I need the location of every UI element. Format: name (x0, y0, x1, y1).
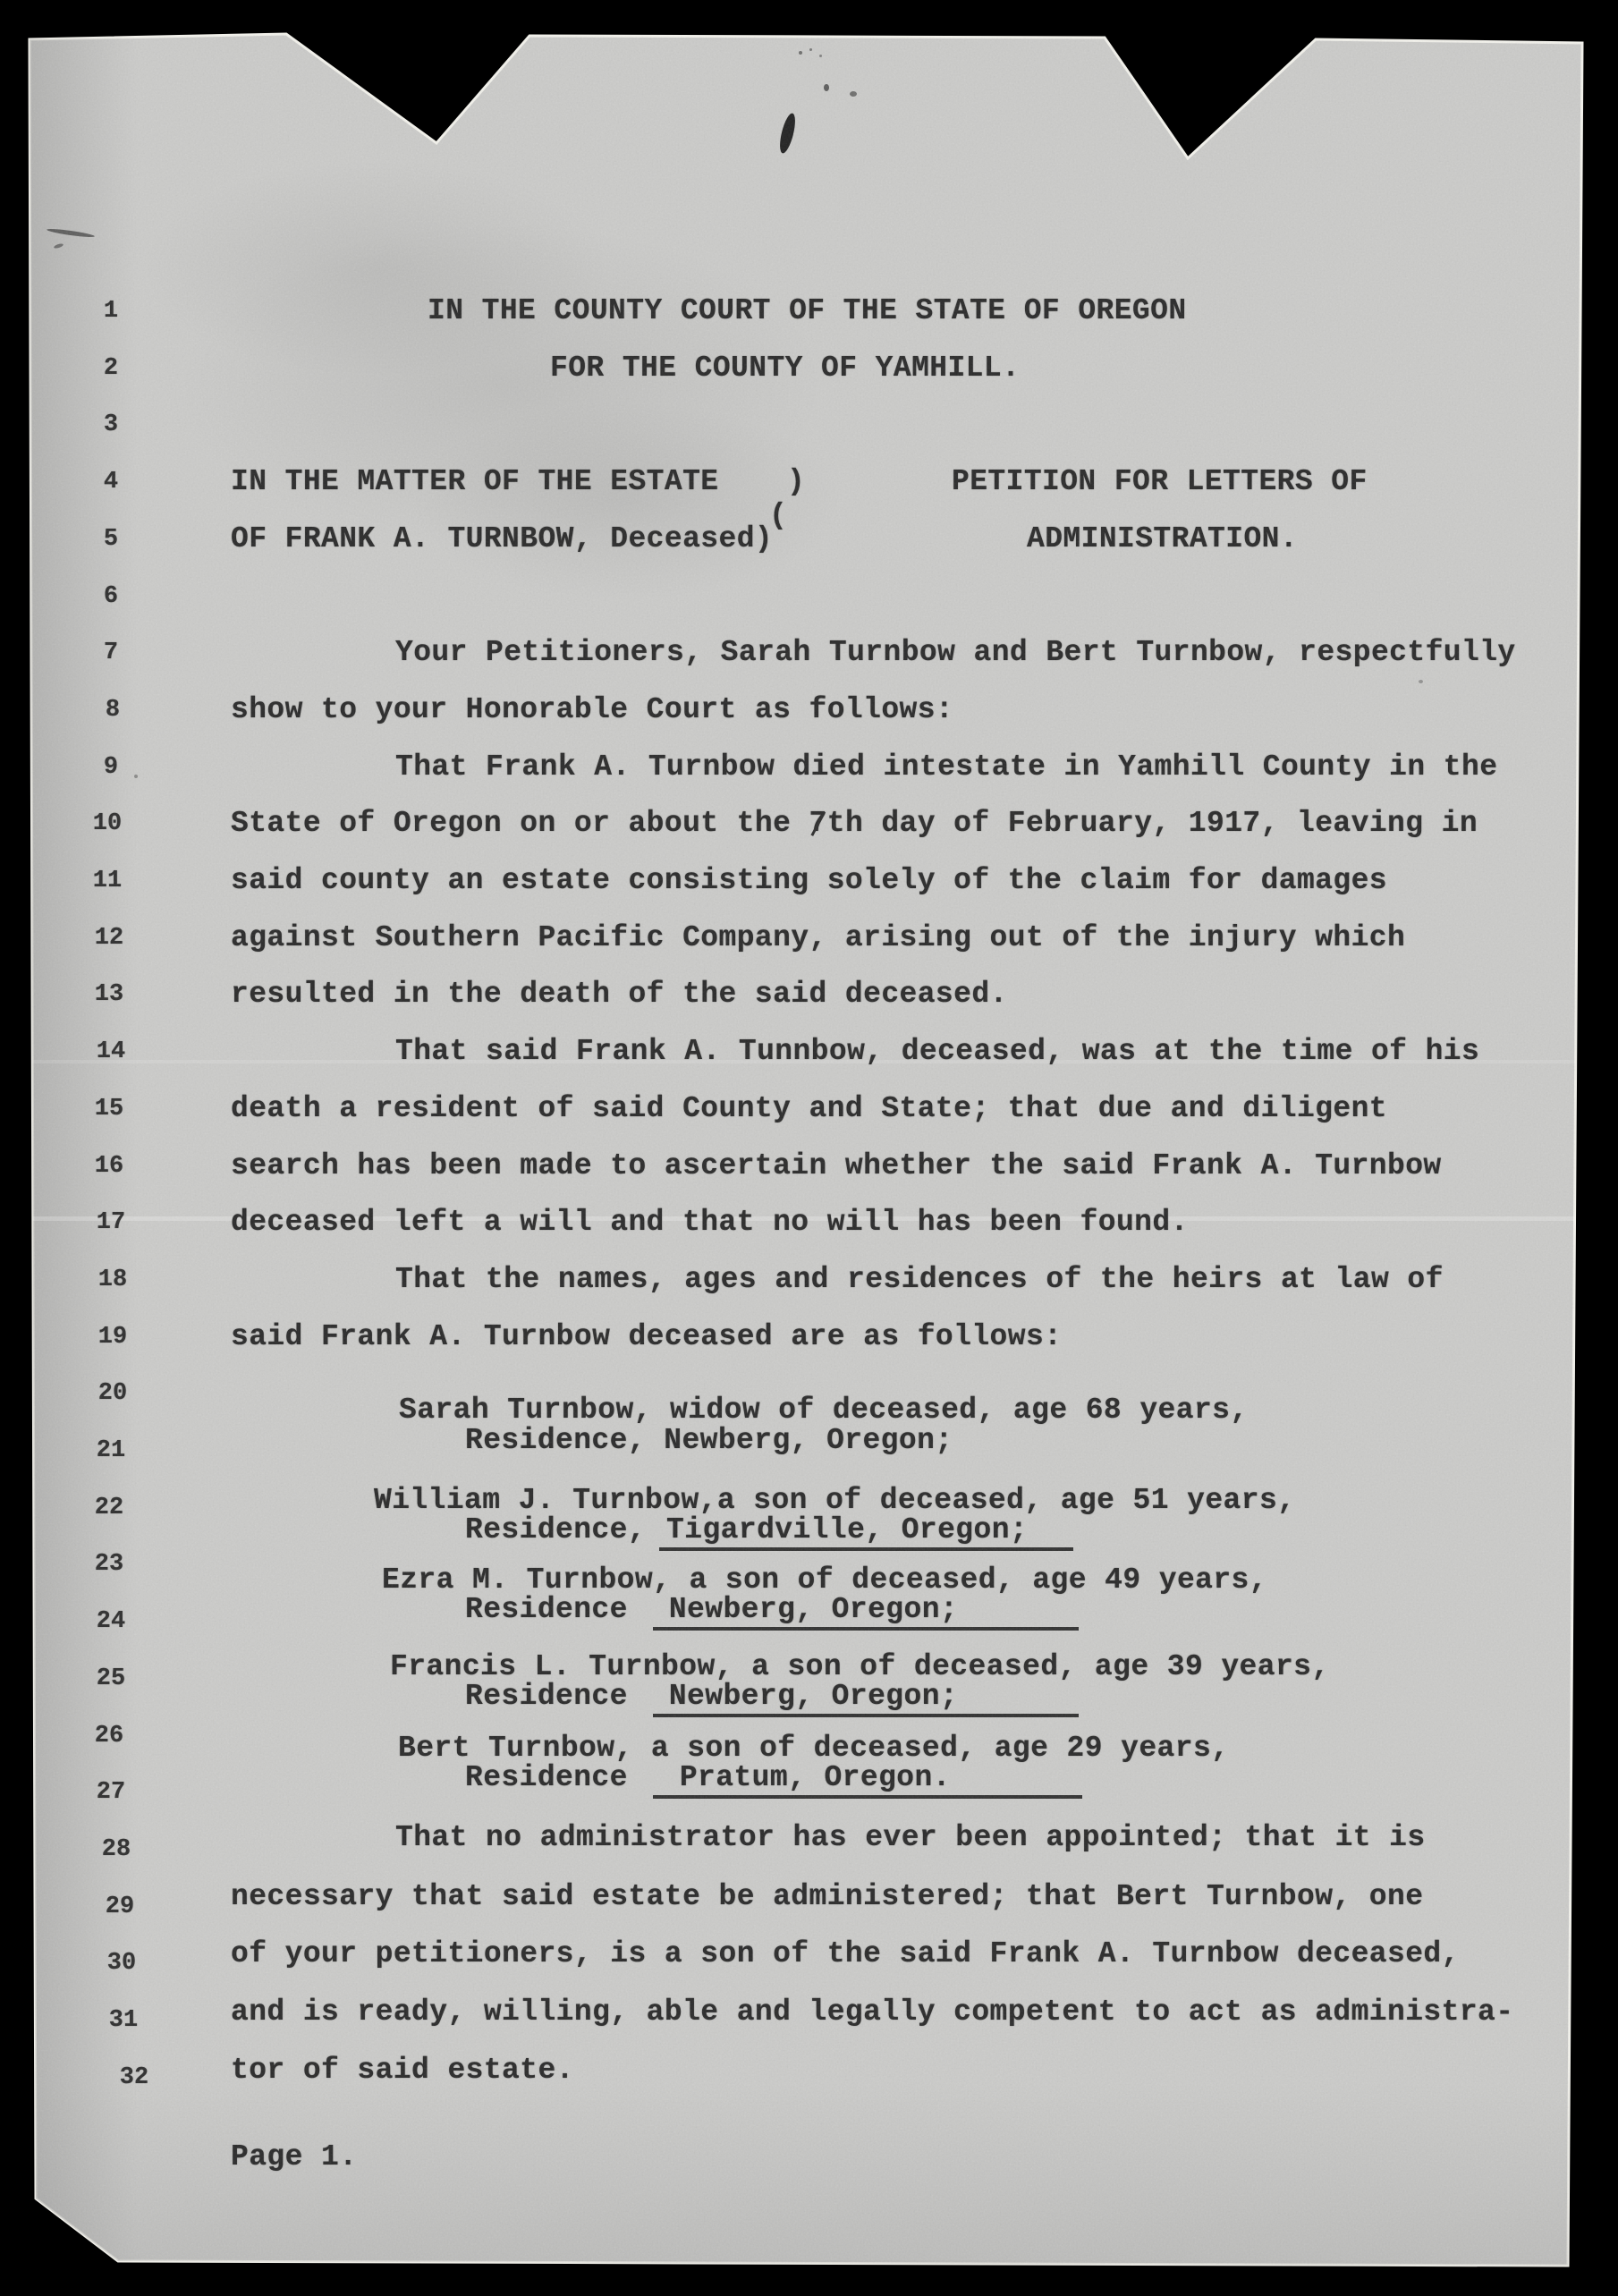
scan-root: 1234567891011121314151617181920212223242… (0, 0, 1618, 2296)
scan-noise-overlay (0, 0, 1618, 2296)
